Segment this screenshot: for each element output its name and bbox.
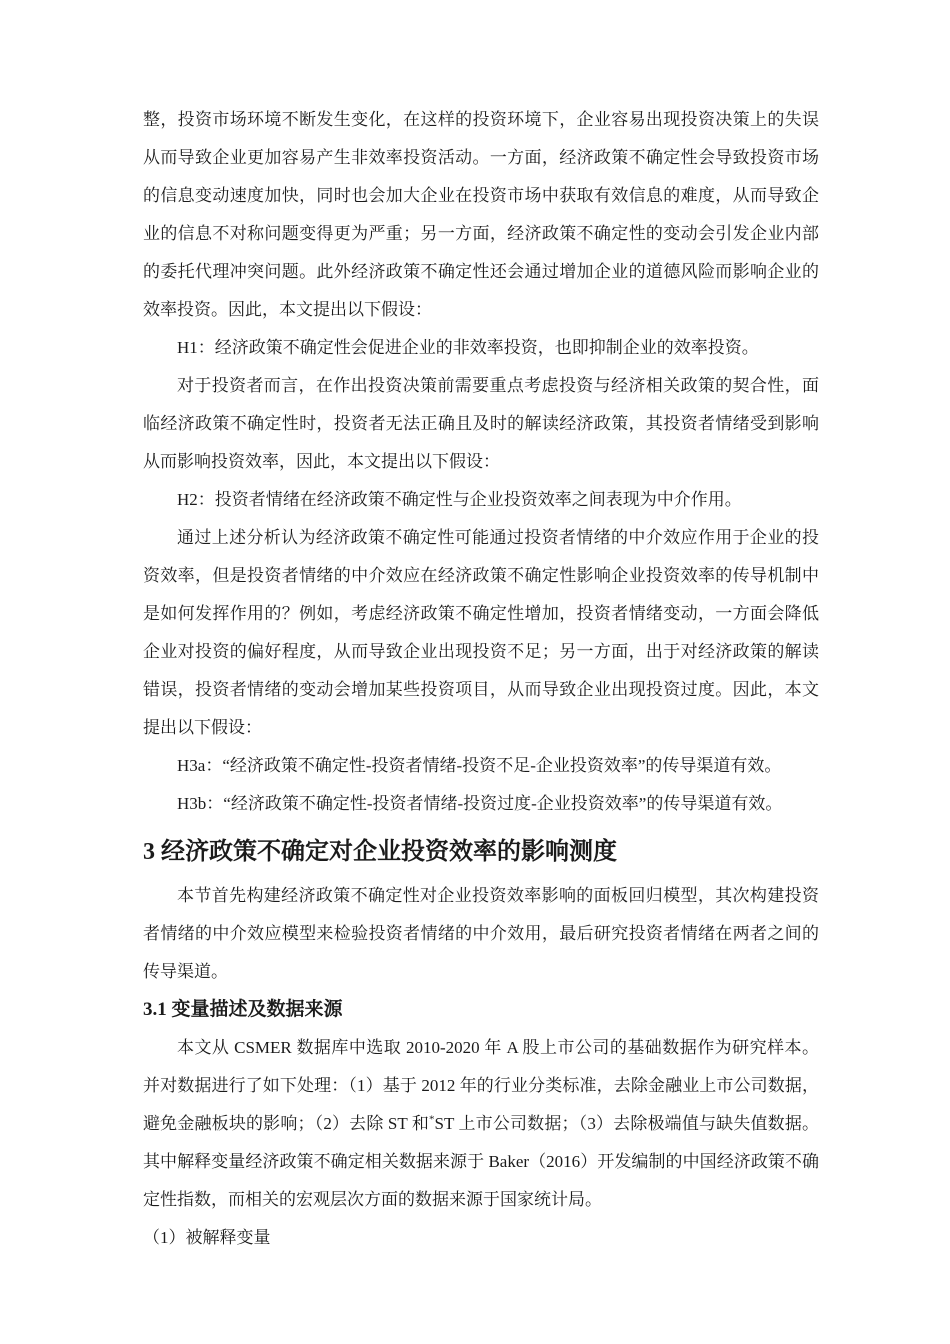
- section-3-1-heading: 3.1 变量描述及数据来源: [143, 991, 819, 1029]
- paragraph-mediation: 通过上述分析认为经济政策不确定性可能通过投资者情绪的中介效应作用于企业的投资效率…: [143, 519, 819, 747]
- paragraph-continuation: 整，投资市场环境不断发生变化，在这样的投资环境下，企业容易出现投资决策上的失误从…: [143, 101, 819, 329]
- hypothesis-h3b: H3b：“经济政策不确定性-投资者情绪-投资过度-企业投资效率”的传导渠道有效。: [143, 785, 819, 823]
- paragraph-data-source: 本文从 CSMER 数据库中选取 2010-2020 年 A 股上市公司的基础数…: [143, 1029, 819, 1219]
- paragraph-section3-intro: 本节首先构建经济政策不确定性对企业投资效率影响的面板回归模型，其次构建投资者情绪…: [143, 877, 819, 991]
- document-page: 整，投资市场环境不断发生变化，在这样的投资环境下，企业容易出现投资决策上的失误从…: [0, 0, 950, 1344]
- paragraph-investor: 对于投资者而言，在作出投资决策前需要重点考虑投资与经济相关政策的契合性，面临经济…: [143, 367, 819, 481]
- hypothesis-h1: H1：经济政策不确定性会促进企业的非效率投资，也即抑制企业的效率投资。: [143, 329, 819, 367]
- item-dependent-variable: （1）被解释变量: [143, 1219, 819, 1257]
- hypothesis-h2: H2：投资者情绪在经济政策不确定性与企业投资效率之间表现为中介作用。: [143, 481, 819, 519]
- hypothesis-h3a: H3a：“经济政策不确定性-投资者情绪-投资不足-企业投资效率”的传导渠道有效。: [143, 747, 819, 785]
- section-3-heading: 3 经济政策不确定对企业投资效率的影响测度: [143, 832, 819, 872]
- page-text-column: 整，投资市场环境不断发生变化，在这样的投资环境下，企业容易出现投资决策上的失误从…: [143, 101, 819, 1257]
